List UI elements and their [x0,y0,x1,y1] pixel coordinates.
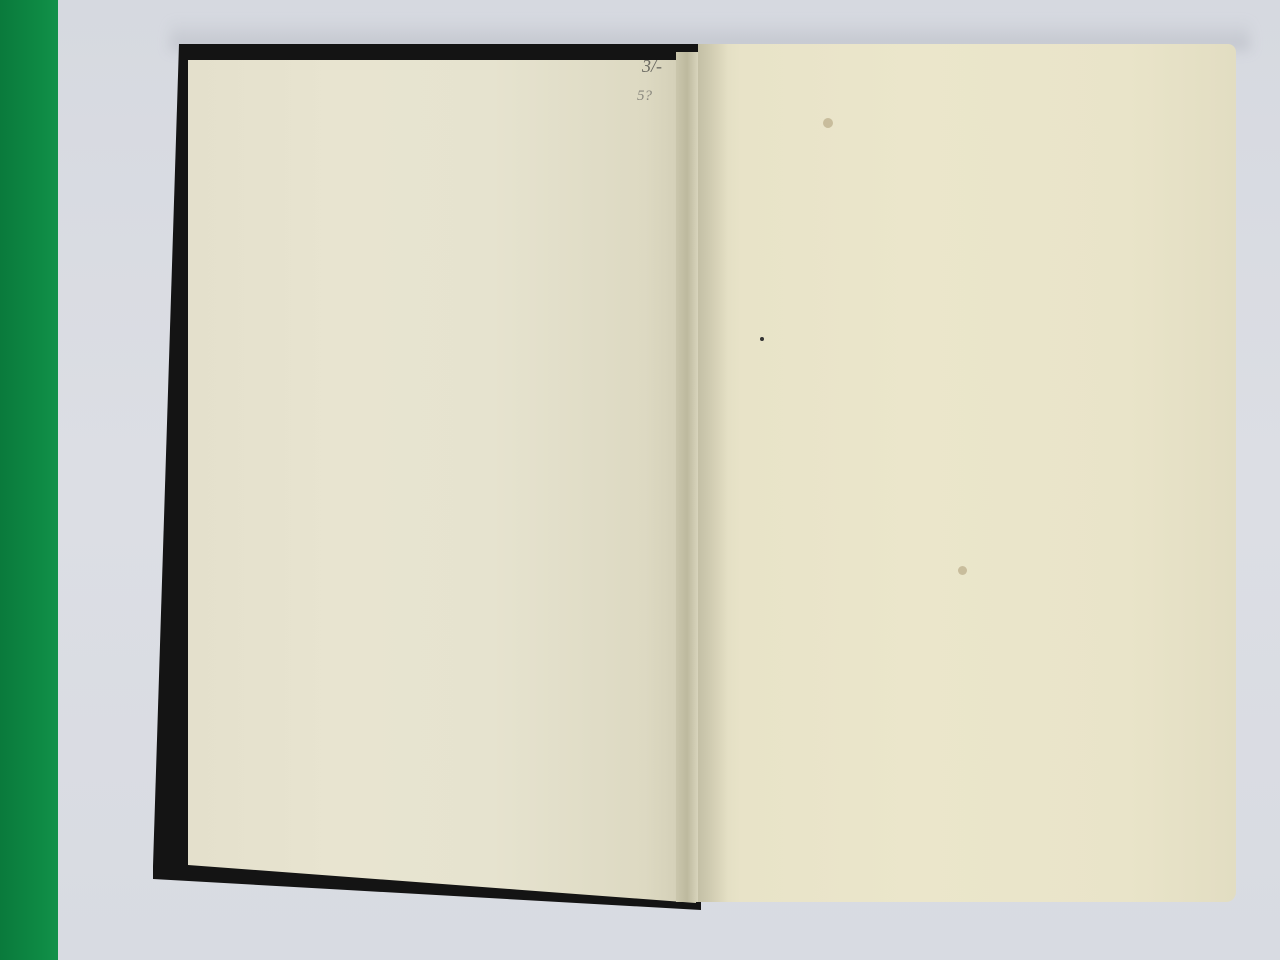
right-page [698,44,1236,902]
handwritten-price: 3/- [642,56,662,77]
green-surface-strip [0,0,58,960]
handwritten-code: 5? [637,88,652,105]
left-endpaper [188,60,696,903]
foxing-spot [823,118,833,128]
foxing-spot [760,337,764,341]
foxing-spot [958,566,967,575]
book-gutter [676,52,698,902]
right-page-fold-shadow [698,44,728,902]
